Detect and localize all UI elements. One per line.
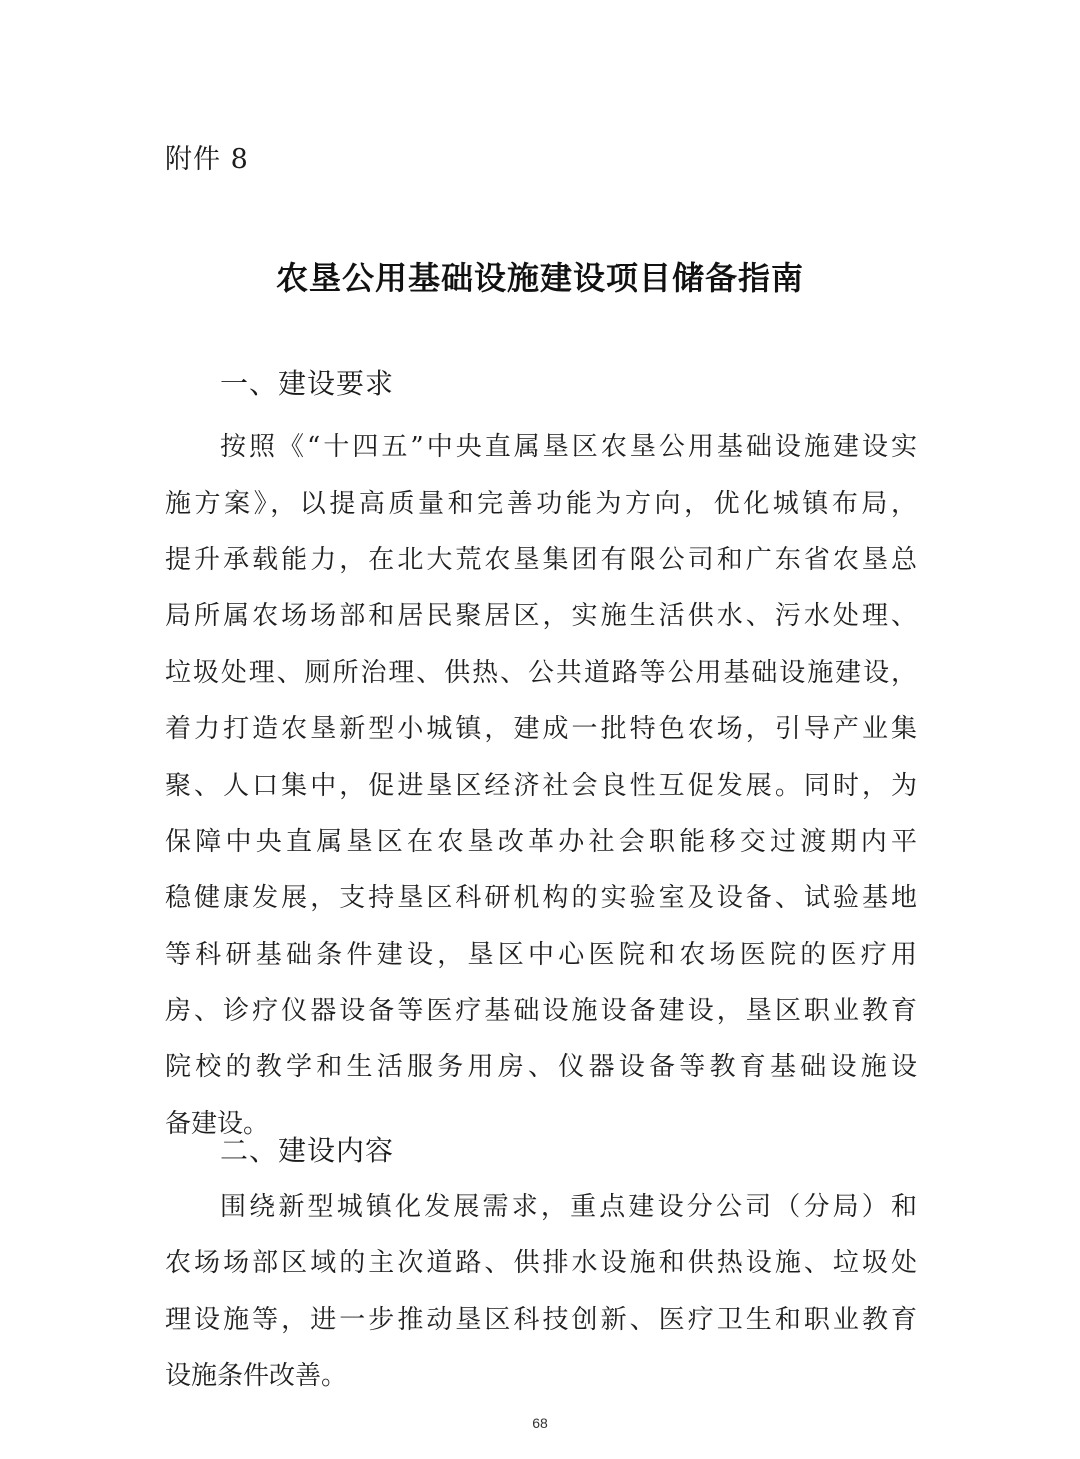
paragraph-line: 提升承载能力，在北大荒农垦集团有限公司和广东省农垦总 — [165, 540, 917, 580]
paragraph-line: 保障中央直属垦区在农垦改革办社会职能移交过渡期内平 — [165, 822, 917, 862]
paragraph-line: 房、诊疗仪器设备等医疗基础设施设备建设，垦区职业教育 — [165, 991, 917, 1031]
paragraph-line: 围绕新型城镇化发展需求，重点建设分公司（分局）和 — [220, 1187, 917, 1227]
paragraph-line: 聚、人口集中，促进垦区经济社会良性互促发展。同时，为 — [165, 766, 917, 806]
document-title: 农垦公用基础设施建设项目储备指南 — [0, 256, 1080, 300]
page-number: 68 — [0, 1414, 1080, 1432]
paragraph-line: 院校的教学和生活服务用房、仪器设备等教育基础设施设 — [165, 1047, 917, 1087]
paragraph-line: 垃圾处理、厕所治理、供热、公共道路等公用基础设施建设， — [165, 653, 917, 693]
section-heading-content: 二、建设内容 — [220, 1131, 394, 1171]
paragraph-line: 着力打造农垦新型小城镇，建成一批特色农场，引导产业集 — [165, 709, 917, 749]
paragraph-line: 设施条件改善。 — [165, 1356, 917, 1396]
paragraph-line: 农场场部区域的主次道路、供排水设施和供热设施、垃圾处 — [165, 1243, 917, 1283]
paragraph-line: 按照《“十四五”中央直属垦区农垦公用基础设施建设实 — [220, 427, 917, 467]
section-heading-requirements: 一、建设要求 — [220, 364, 394, 404]
paragraph-line: 稳健康发展，支持垦区科研机构的实验室及设备、试验基地 — [165, 878, 917, 918]
attachment-label: 附件 8 — [165, 142, 249, 178]
paragraph-line: 等科研基础条件建设，垦区中心医院和农场医院的医疗用 — [165, 935, 917, 975]
document-page: 附件 8 农垦公用基础设施建设项目储备指南 一、建设要求 按照《“十四五”中央直… — [0, 0, 1080, 1459]
paragraph-line: 局所属农场场部和居民聚居区，实施生活供水、污水处理、 — [165, 596, 917, 636]
paragraph-line: 施方案》，以提高质量和完善功能为方向，优化城镇布局， — [165, 484, 917, 524]
paragraph-line: 理设施等，进一步推动垦区科技创新、医疗卫生和职业教育 — [165, 1300, 917, 1340]
